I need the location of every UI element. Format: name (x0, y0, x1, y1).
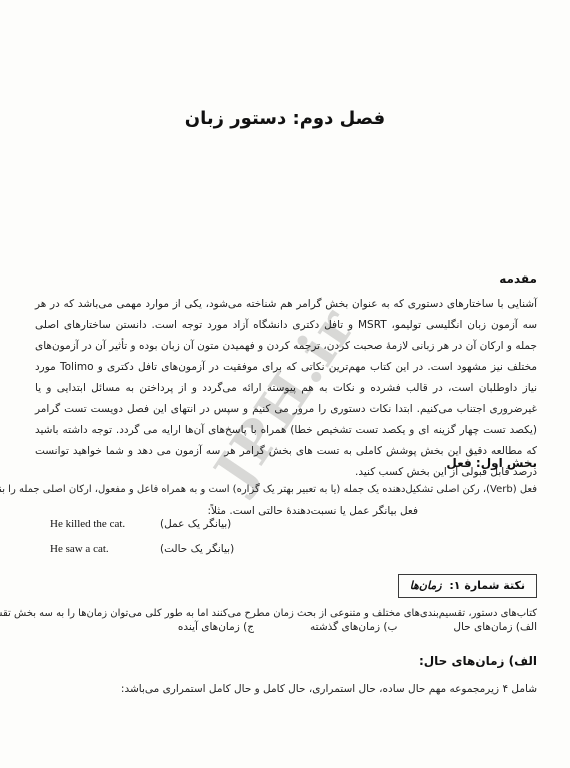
tense-options-row: الف) زمان‌های حال ب) زمان‌های گذشته ج) ز… (178, 621, 537, 633)
intro-paragraph: آشنایی با ساختارهای دستوری که به عنوان ب… (35, 294, 537, 483)
example-english-sentence: He saw a cat. (50, 543, 160, 555)
example-annotation: (بیانگر یک عمل) (160, 518, 231, 530)
option-future-tenses: ج) زمان‌های آینده (178, 621, 254, 633)
document-page: JPH.ir فصل دوم: دستور زبان مقدمه آشنایی … (0, 0, 570, 768)
example-annotation: (بیانگر یک حالت) (160, 543, 234, 555)
chapter-title: فصل دوم: دستور زبان (0, 108, 570, 129)
present-tenses-heading: الف) زمان‌های حال: (419, 654, 537, 668)
option-present-tenses: الف) زمان‌های حال (453, 621, 537, 633)
example-row-state: He saw a cat. (بیانگر یک حالت) (50, 543, 234, 555)
verb-definition-continued: فعل بیانگر عمل یا نسبت‌دهندهٔ حالتی است.… (207, 501, 418, 522)
present-tenses-body: شامل ۴ زیرمجموعه مهم حال ساده، حال استمر… (32, 679, 537, 700)
option-past-tenses: ب) زمان‌های گذشته (310, 621, 397, 633)
verb-section-heading: بخش اول: فعل (446, 456, 537, 470)
intro-heading: مقدمه (499, 272, 537, 286)
example-english-sentence: He killed the cat. (50, 518, 160, 530)
note-box-label: نکتة شمارة ۱: (449, 579, 525, 592)
example-row-action: He killed the cat. (بیانگر یک عمل) (50, 518, 231, 530)
note-box-topic: زمان‌ها (410, 579, 442, 592)
verb-definition: فعل (Verb)، رکن اصلی تشکیل‌دهنده یک جمله… (33, 479, 537, 500)
note-box: نکتة شمارة ۱: زمان‌ها (398, 574, 537, 598)
